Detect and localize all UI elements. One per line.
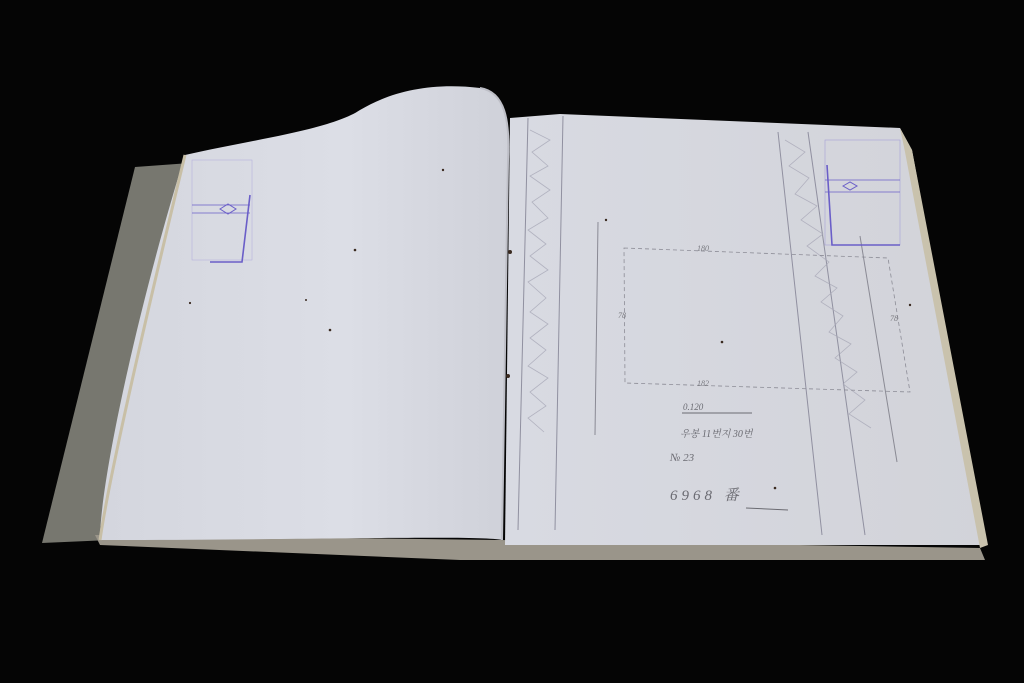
- left-page: [100, 86, 508, 540]
- note-area-value: 0.120: [683, 402, 703, 412]
- plot-bottom-dimension: 182: [697, 379, 709, 388]
- photo-scene: 180 182 78 78 0.120 우봉 11번지 30번 № 23 696…: [0, 0, 1024, 683]
- plot-right-dimension: 78: [890, 314, 898, 323]
- plot-top-dimension: 180: [697, 244, 709, 253]
- note-number: № 23: [670, 452, 694, 464]
- note-address: 우봉 11번지 30번: [680, 425, 753, 440]
- note-lot-number: 6968 番: [670, 484, 743, 505]
- book-illustration: [0, 0, 1024, 683]
- plot-left-dimension: 78: [618, 311, 626, 320]
